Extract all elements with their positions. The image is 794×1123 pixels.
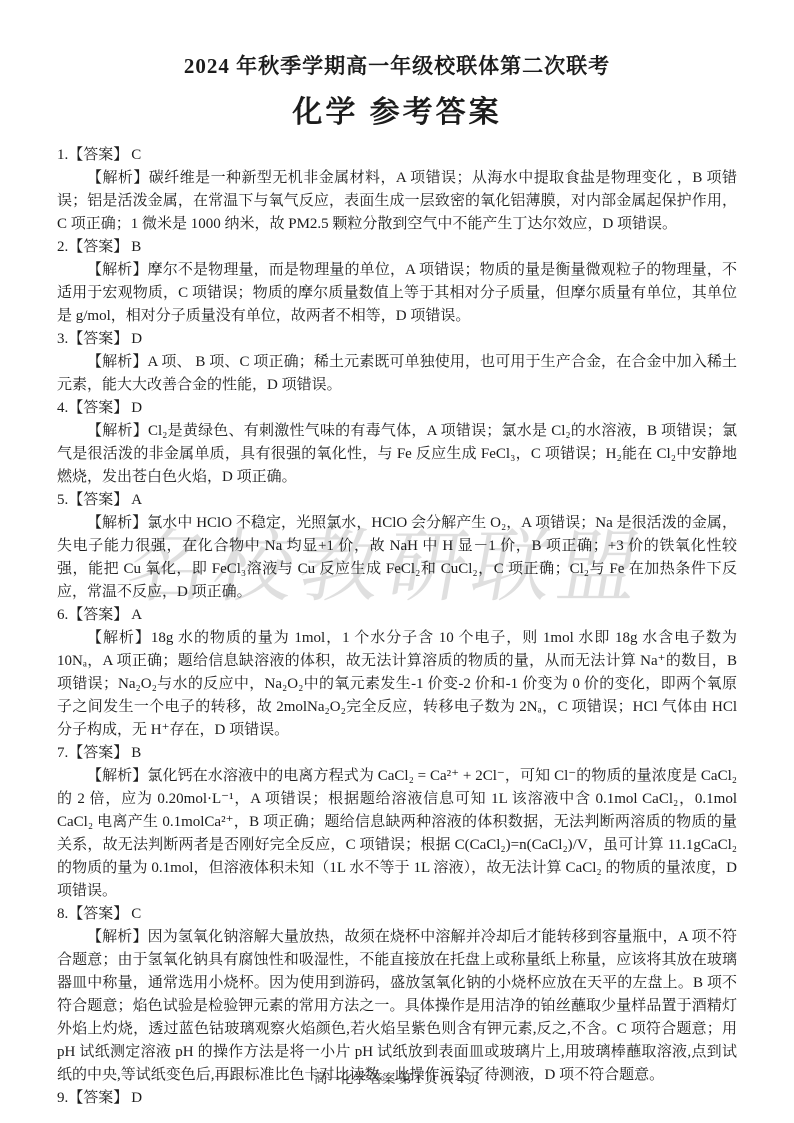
explanation-paragraph: 【解析】A 项、 B 项、C 项正确；稀土元素既可单独使用，也可用于生产合金，在…: [57, 351, 737, 397]
subject-title: 化学 参考答案: [0, 87, 794, 131]
question-block: 4.【答案】D【解析】Cl₂是黄绿色、有刺激性气味的有毒气体，A 项错误；氯水是…: [57, 397, 737, 489]
page-footer: 高一化学 答案 第 1 页 共 4 页: [0, 1068, 794, 1087]
answer-value: A: [131, 607, 142, 623]
answer-line: 7.【答案】B: [57, 742, 737, 765]
answer-line: 1.【答案】C: [57, 144, 737, 167]
explanation-label: 【解析】: [87, 929, 148, 945]
question-number: 5.: [57, 492, 68, 508]
answer-label: 【答案】: [68, 745, 128, 761]
question-block: 3.【答案】D【解析】A 项、 B 项、C 项正确；稀土元素既可单独使用，也可用…: [57, 328, 737, 397]
explanation-label: 【解析】: [87, 515, 147, 531]
explanation-paragraph: 【解析】因为氢氧化钠溶解大量放热，故须在烧杯中溶解并冷却后才能转移到容量瓶中，A…: [57, 926, 737, 1087]
answer-value: D: [131, 1090, 142, 1106]
explanation-text: 氯水中 HClO 不稳定，光照氯水，HClO 会分解产生 O₂，A 项错误；Na…: [57, 515, 737, 600]
answer-value: A: [131, 492, 142, 508]
question-block: 6.【答案】A【解析】18g 水的物质的量为 1mol，1 个水分子含 10 个…: [57, 604, 737, 742]
answer-label: 【答案】: [68, 607, 128, 623]
question-number: 3.: [57, 331, 68, 347]
explanation-text: 氯化钙在水溶液中的电离方程式为 CaCl₂ = Ca²⁺ + 2Cl⁻，可知 C…: [57, 768, 737, 899]
explanation-text: 摩尔不是物理量，而是物理量的单位，A 项错误；物质的量是衡量微观粒子的物理量，不…: [57, 262, 737, 324]
answer-value: C: [131, 147, 141, 163]
answer-label: 【答案】: [68, 1090, 128, 1106]
question-block: 2.【答案】B【解析】摩尔不是物理量，而是物理量的单位，A 项错误；物质的量是衡…: [57, 236, 737, 328]
answer-label: 【答案】: [68, 400, 128, 416]
explanation-paragraph: 【解析】摩尔不是物理量，而是物理量的单位，A 项错误；物质的量是衡量微观粒子的物…: [57, 259, 737, 328]
answer-line: 5.【答案】A: [57, 489, 737, 512]
answer-value: B: [131, 239, 141, 255]
answer-line: 4.【答案】D: [57, 397, 737, 420]
answer-line: 2.【答案】B: [57, 236, 737, 259]
explanation-label: 【解析】: [87, 768, 147, 784]
explanation-paragraph: 【解析】18g 水的物质的量为 1mol，1 个水分子含 10 个电子，则 1m…: [57, 627, 737, 742]
answer-label: 【答案】: [68, 239, 128, 255]
explanation-text: A 项、 B 项、C 项正确；稀土元素既可单独使用，也可用于生产合金，在合金中加…: [57, 354, 737, 393]
answer-label: 【答案】: [68, 492, 128, 508]
explanation-text: 因为氢氧化钠溶解大量放热，故须在烧杯中溶解并冷却后才能转移到容量瓶中，A 项不符…: [57, 929, 737, 1083]
answer-line: 9.【答案】D: [57, 1087, 737, 1110]
explanation-paragraph: 【解析】碳纤维是一种新型无机非金属材料，A 项错误；从海水中提取食盐是物理变化 …: [57, 167, 737, 236]
question-block: 1.【答案】C【解析】碳纤维是一种新型无机非金属材料，A 项错误；从海水中提取食…: [57, 144, 737, 236]
explanation-label: 【解析】: [87, 262, 148, 278]
document-page: 2024 年秋季学期高一年级校联体第二次联考 化学 参考答案 名校教研联盟 1.…: [0, 0, 794, 1123]
question-number: 6.: [57, 607, 68, 623]
question-number: 8.: [57, 906, 68, 922]
explanation-paragraph: 【解析】氯水中 HClO 不稳定，光照氯水，HClO 会分解产生 O₂，A 项错…: [57, 512, 737, 604]
question-block: 8.【答案】C【解析】因为氢氧化钠溶解大量放热，故须在烧杯中溶解并冷却后才能转移…: [57, 903, 737, 1087]
answer-value: C: [131, 906, 141, 922]
question-block: 7.【答案】B【解析】氯化钙在水溶液中的电离方程式为 CaCl₂ = Ca²⁺ …: [57, 742, 737, 903]
question-block: 9.【答案】D: [57, 1087, 737, 1110]
question-number: 7.: [57, 745, 68, 761]
answer-label: 【答案】: [68, 906, 128, 922]
explanation-text: Cl₂是黄绿色、有刺激性气味的有毒气体，A 项错误；氯水是 Cl₂的水溶液，B …: [57, 423, 737, 485]
question-number: 2.: [57, 239, 68, 255]
explanation-label: 【解析】: [87, 354, 147, 370]
question-number: 9.: [57, 1090, 68, 1106]
answer-value: D: [131, 331, 142, 347]
explanation-paragraph: 【解析】氯化钙在水溶液中的电离方程式为 CaCl₂ = Ca²⁺ + 2Cl⁻，…: [57, 765, 737, 903]
question-number: 4.: [57, 400, 68, 416]
explanation-label: 【解析】: [87, 630, 151, 646]
exam-title: 2024 年秋季学期高一年级校联体第二次联考: [0, 0, 794, 80]
explanation-label: 【解析】: [87, 170, 149, 186]
explanation-paragraph: 【解析】Cl₂是黄绿色、有刺激性气味的有毒气体，A 项错误；氯水是 Cl₂的水溶…: [57, 420, 737, 489]
question-number: 1.: [57, 147, 68, 163]
answer-line: 6.【答案】A: [57, 604, 737, 627]
answer-line: 3.【答案】D: [57, 328, 737, 351]
explanation-text: 碳纤维是一种新型无机非金属材料，A 项错误；从海水中提取食盐是物理变化 ，B 项…: [57, 170, 737, 232]
question-block: 5.【答案】A【解析】氯水中 HClO 不稳定，光照氯水，HClO 会分解产生 …: [57, 489, 737, 604]
answer-label: 【答案】: [68, 147, 128, 163]
explanation-text: 18g 水的物质的量为 1mol，1 个水分子含 10 个电子，则 1mol 水…: [57, 630, 737, 738]
answer-label: 【答案】: [68, 331, 128, 347]
explanation-label: 【解析】: [87, 423, 148, 439]
answers-list: 1.【答案】C【解析】碳纤维是一种新型无机非金属材料，A 项错误；从海水中提取食…: [57, 144, 737, 1110]
answer-value: D: [131, 400, 142, 416]
answer-value: B: [131, 745, 141, 761]
answer-line: 8.【答案】C: [57, 903, 737, 926]
